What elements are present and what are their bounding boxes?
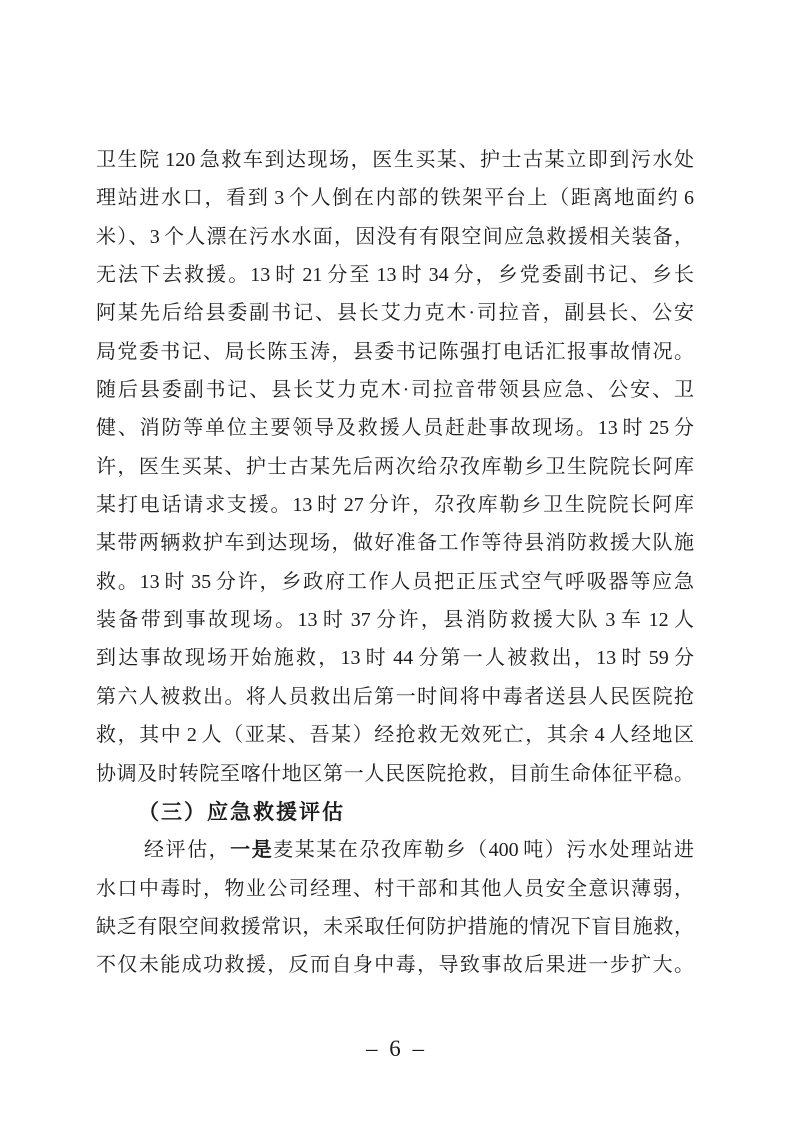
text-line: 经评估，一是麦某某在尕孜库勒乡（400 吨）污水处理站进	[96, 831, 694, 869]
text-line: 随后县委副书记、县长艾力克木·司拉音带领县应急、公安、卫	[96, 371, 694, 409]
text-line: 某打电话请求支援。13 时 27 分许，尕孜库勒乡卫生院院长阿库	[96, 486, 694, 524]
text-line: 卫生院 120 急救车到达现场，医生买某、护士古某立即到污水处	[96, 141, 694, 179]
text-line: 装备带到事故现场。13 时 37 分许，县消防救援大队 3 车 12 人	[96, 601, 694, 639]
text-line: 第六人被救出。将人员救出后第一时间将中毒者送县人民医院抢	[96, 678, 694, 716]
text-line: 缺乏有限空间救援常识，未采取任何防护措施的情况下盲目施救，	[96, 908, 694, 946]
text-line: 局党委书记、局长陈玉涛，县委书记陈强打电话汇报事故情况。	[96, 333, 694, 371]
text-line: 阿某先后给县委副书记、县长艾力克木·司拉音，副县长、公安	[96, 294, 694, 332]
text-line: 救，其中 2 人（亚某、吾某）经抢救无效死亡，其余 4 人经地区	[96, 716, 694, 754]
document-body: 卫生院 120 急救车到达现场，医生买某、护士古某立即到污水处 理站进水口，看到…	[96, 141, 694, 985]
text-line: 协调及时转院至喀什地区第一人民医院抢救，目前生命体征平稳。	[96, 755, 694, 793]
text-line: 米）、3 个人漂在污水水面，因没有有限空间应急救援相关装备，	[96, 218, 694, 256]
assessment-body-text: 麦某某在尕孜库勒乡（400 吨）污水处理站进	[273, 839, 694, 861]
assessment-lead-text: 经评估，	[144, 839, 230, 861]
text-line: 救。13 时 35 分许，乡政府工作人员把正压式空气呼吸器等应急	[96, 563, 694, 601]
text-line: 水口中毒时，物业公司经理、村干部和其他人员安全意识薄弱，	[96, 870, 694, 908]
assessment-emphasis-text: 一是	[230, 839, 273, 861]
page-footer: – 6 –	[0, 1036, 793, 1062]
text-line: 不仅未能成功救援，反而自身中毒，导致事故后果进一步扩大。	[96, 946, 694, 984]
section-heading: （三）应急救援评估	[96, 793, 694, 831]
text-line: 无法下去救援。13 时 21 分至 13 时 34 分，乡党委副书记、乡长	[96, 256, 694, 294]
text-line: 许，医生买某、护士古某先后两次给尕孜库勒乡卫生院院长阿库	[96, 448, 694, 486]
text-line: 健、消防等单位主要领导及救援人员赶赴事故现场。13 时 25 分	[96, 409, 694, 447]
text-line: 理站进水口，看到 3 个人倒在内部的铁架平台上（距离地面约 6	[96, 179, 694, 217]
page-number: – 6 –	[366, 1036, 427, 1061]
paragraph-continuation: 卫生院 120 急救车到达现场，医生买某、护士古某立即到污水处 理站进水口，看到…	[96, 141, 694, 793]
text-line: 到达事故现场开始施救，13 时 44 分第一人被救出，13 时 59 分	[96, 639, 694, 677]
paragraph-assessment: 经评估，一是麦某某在尕孜库勒乡（400 吨）污水处理站进 水口中毒时，物业公司经…	[96, 831, 694, 984]
document-page: 卫生院 120 急救车到达现场，医生买某、护士古某立即到污水处 理站进水口，看到…	[0, 0, 793, 1122]
text-line: 某带两辆救护车到达现场，做好准备工作等待县消防救援大队施	[96, 524, 694, 562]
